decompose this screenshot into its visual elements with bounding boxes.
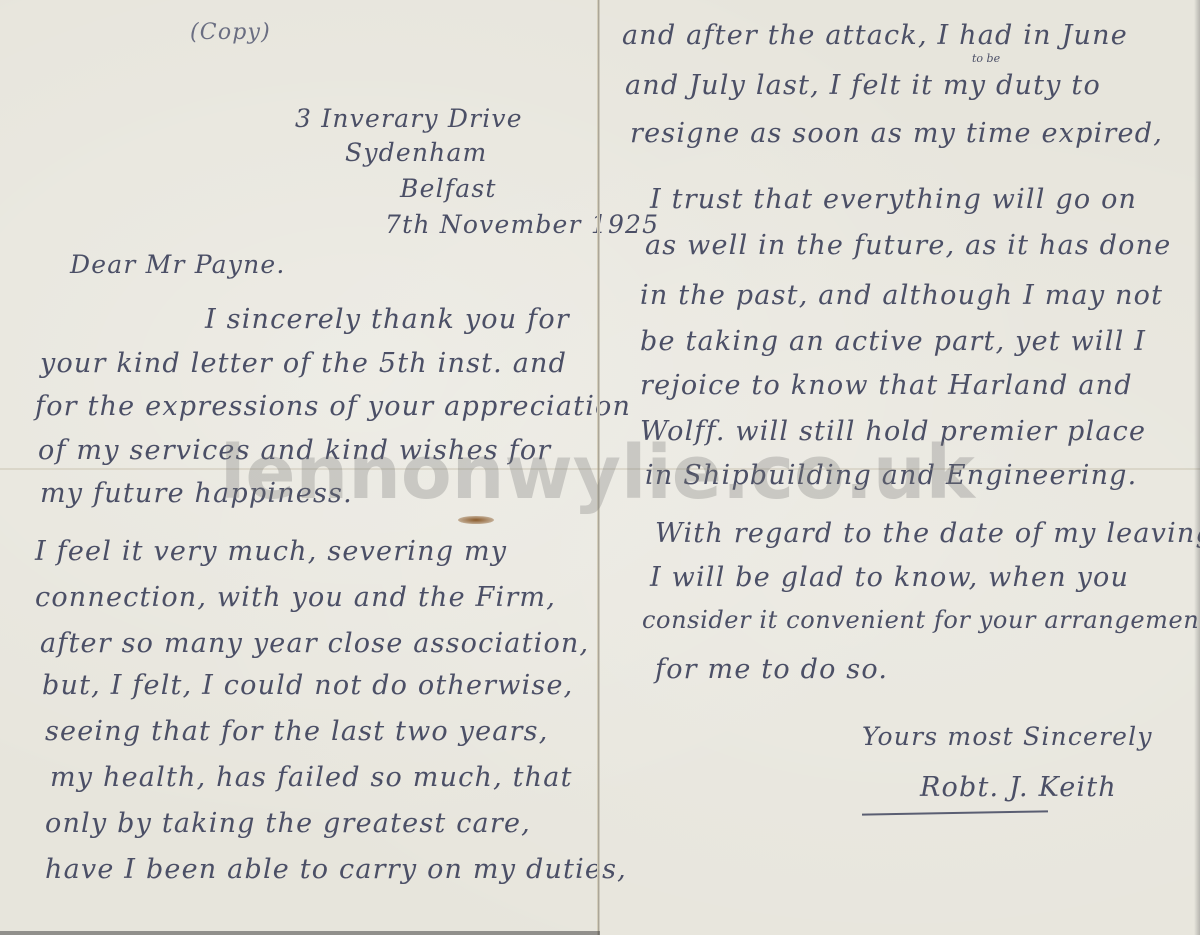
signature-underline	[862, 810, 1048, 815]
body-line: only by taking the greatest care,	[45, 810, 531, 837]
horizontal-crease	[0, 468, 1200, 470]
salutation: Dear Mr Payne.	[70, 252, 286, 277]
body-line: but, I felt, I could not do otherwise,	[42, 672, 573, 699]
body-line: With regard to the date of my leaving,	[655, 520, 1200, 547]
body-line: consider it convenient for your arrangem…	[642, 608, 1200, 632]
body-line: I sincerely thank you for	[205, 306, 570, 333]
address-line-city: Belfast	[400, 176, 497, 201]
body-line: my health, has failed so much, that	[50, 764, 573, 791]
body-line: after so many year close association,	[40, 630, 589, 657]
body-line: for the expressions of your appreciation	[35, 393, 631, 420]
paper-edge	[1194, 0, 1200, 935]
closing: Yours most Sincerely	[862, 724, 1153, 749]
address-line-street: 3 Inverary Drive	[295, 106, 523, 131]
body-line: for me to do so.	[655, 656, 888, 683]
body-line: my future happiness.	[40, 480, 353, 507]
body-line: I trust that everything will go on	[650, 186, 1137, 213]
body-line: I will be glad to know, when you	[650, 564, 1129, 591]
copy-mark: (Copy)	[190, 22, 271, 44]
body-line: and July last, I felt it my duty to	[625, 72, 1101, 99]
body-line: rejoice to know that Harland and	[640, 372, 1133, 399]
body-line: have I been able to carry on my duties,	[45, 856, 627, 883]
body-line: I feel it very much, severing my	[35, 538, 507, 565]
paper-edge-bottom	[0, 931, 600, 935]
body-line: resigne as soon as my time expired,	[630, 120, 1163, 147]
body-line: of my services and kind wishes for	[38, 437, 551, 464]
ink-stain	[458, 516, 494, 524]
insertion-note: to be	[972, 52, 1000, 65]
body-line: in the past, and although I may not	[640, 282, 1163, 309]
body-line: and after the attack, I had in June	[622, 22, 1128, 49]
body-line: Wolff. will still hold premier place	[640, 418, 1146, 445]
body-line: be taking an active part, yet will I	[640, 328, 1146, 355]
body-line: seeing that for the last two years,	[45, 718, 549, 745]
body-line: as well in the future, as it has done	[645, 232, 1171, 259]
address-line-district: Sydenham	[345, 140, 487, 165]
body-line: in Shipbuilding and Engineering.	[645, 462, 1137, 489]
letter-sheet: (Copy) 3 Inverary Drive Sydenham Belfast…	[0, 0, 1200, 935]
body-line: your kind letter of the 5th inst. and	[40, 350, 567, 377]
signature: Robt. J. Keith	[920, 774, 1117, 801]
body-line: connection, with you and the Firm,	[35, 584, 556, 611]
